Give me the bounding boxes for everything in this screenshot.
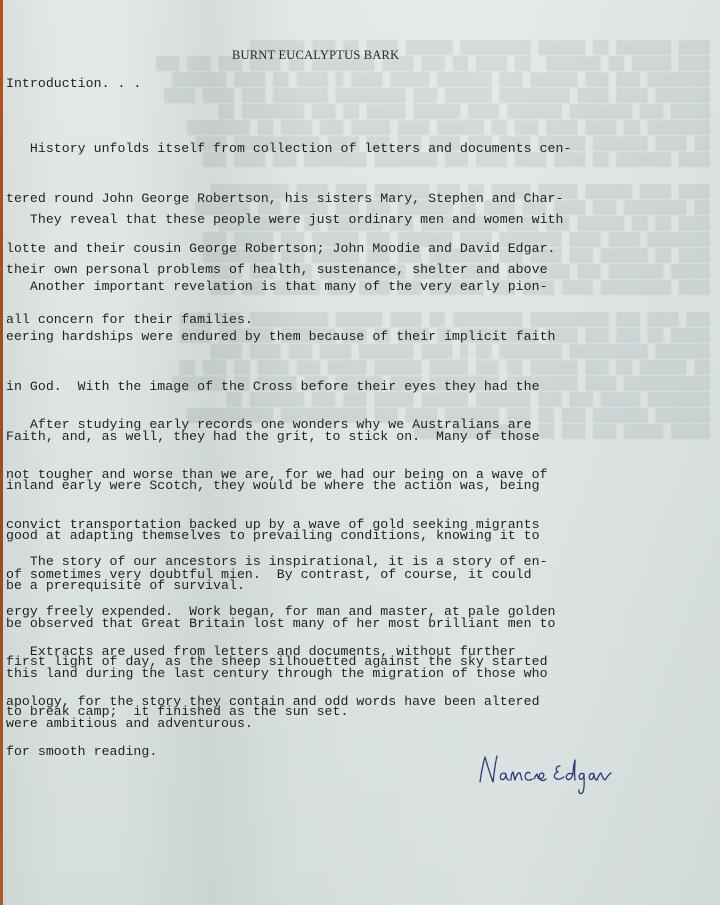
document-title: BURNT EUCALYPTUS BARK (232, 47, 399, 64)
text-line: The story of our ancestors is inspiratio… (6, 554, 556, 571)
text-line: Another important revelation is that man… (6, 279, 556, 296)
text-line: not tougher and worse than we are, for w… (6, 467, 556, 484)
introduction-heading: Introduction. . . (6, 76, 141, 93)
text-line: They reveal that these people were just … (6, 212, 563, 229)
paragraph-6: Extracts are used from letters and docum… (6, 611, 540, 794)
text-line: History unfolds itself from collection o… (6, 141, 571, 158)
text-line: After studying early records one wonders… (6, 417, 556, 434)
handwritten-signature: Nancie Edgar (476, 752, 616, 796)
text-line: Extracts are used from letters and docum… (6, 644, 540, 661)
page-edge (0, 0, 3, 905)
text-line: eering hardships were endured by them be… (6, 329, 556, 346)
text-line: for smooth reading. (6, 744, 540, 761)
text-line: apology, for the story they contain and … (6, 694, 540, 711)
